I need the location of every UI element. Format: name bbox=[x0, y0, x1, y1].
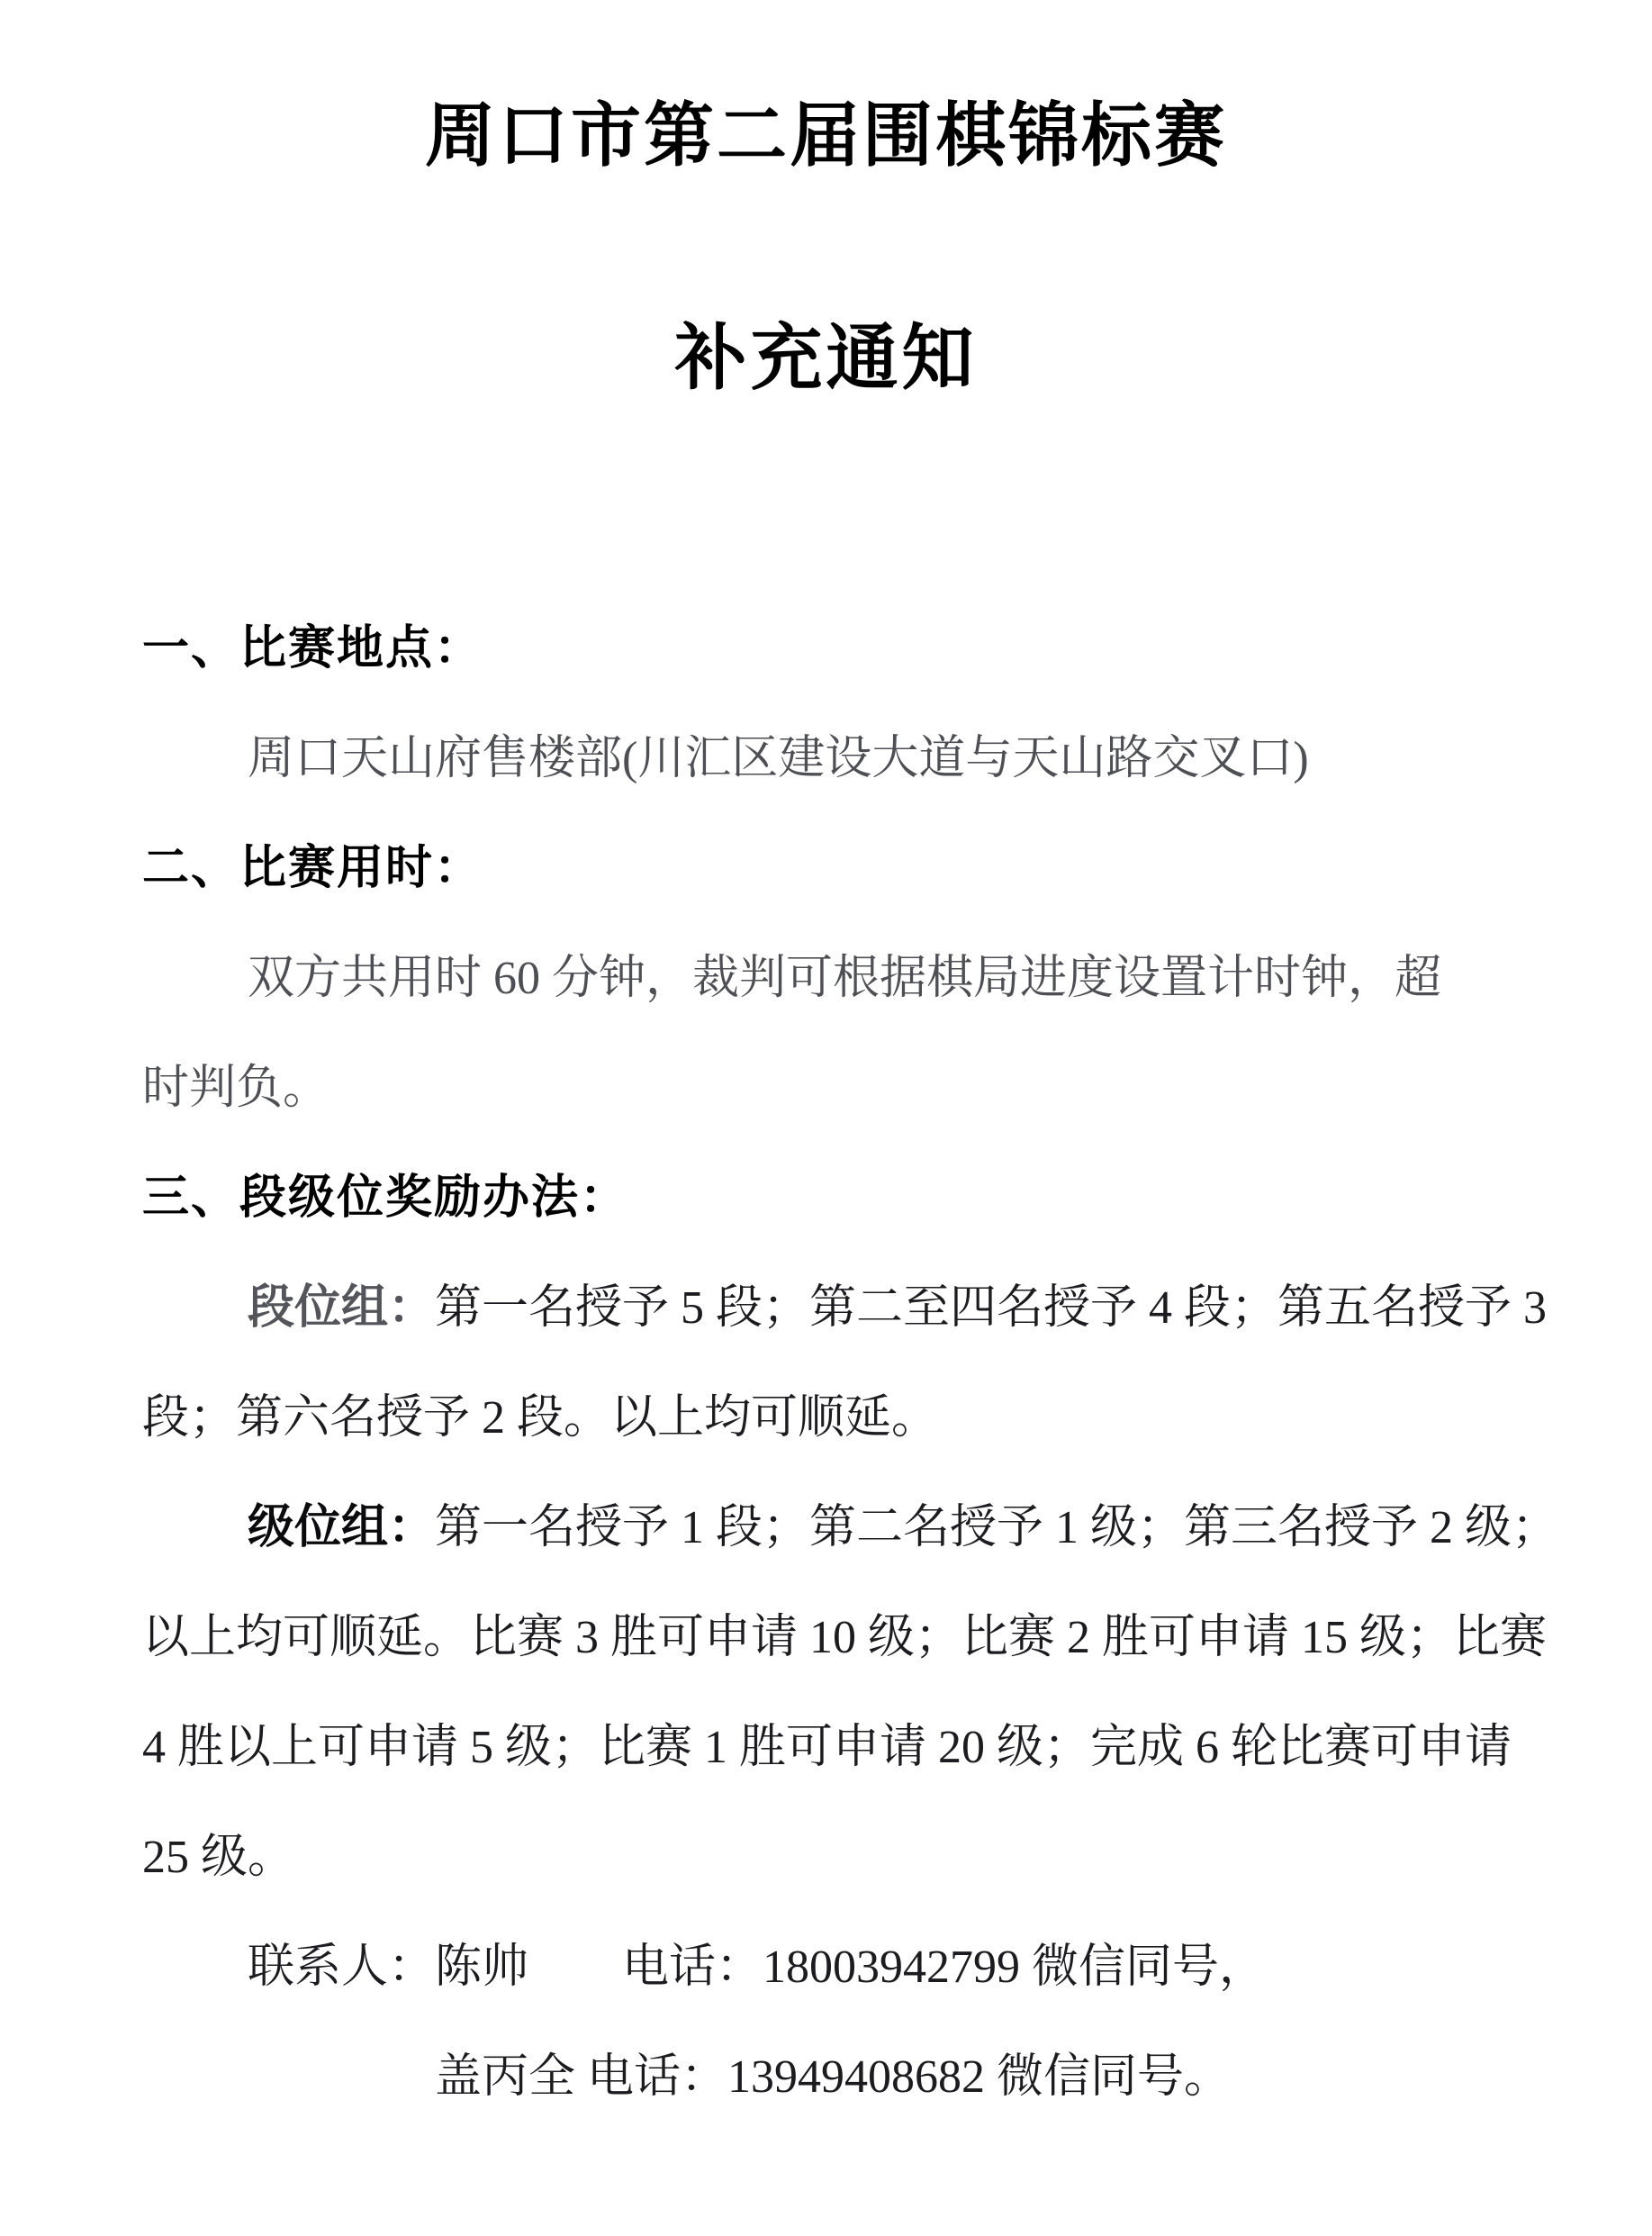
ji-group-line1-text: 第一名授予 1 段；第二名授予 1 级；第三名授予 2 级； bbox=[435, 1502, 1558, 1553]
duan-group-line1-text: 第一名授予 5 段；第二至四名授予 4 段；第五名授予 3 bbox=[435, 1282, 1547, 1334]
notice-document-page: 周口市第二届围棋锦标赛 补充通知 一、比赛地点： 周口天山府售楼部(川汇区建设大… bbox=[0, 0, 1652, 2236]
document-title-block: 周口市第二届围棋锦标赛 补充通知 bbox=[0, 0, 1652, 403]
section3-heading: 三、段级位奖励办法： bbox=[142, 1144, 1562, 1254]
section1-heading: 一、比赛地点： bbox=[142, 594, 1562, 704]
section3-ji-line1: 级位组：第一名授予 1 段；第二名授予 1 级；第三名授予 2 级； bbox=[142, 1473, 1562, 1583]
ji-group-label: 级位组： bbox=[248, 1502, 435, 1553]
section2-body-line1: 双方共用时 60 分钟，裁判可根据棋局进度设置计时钟，超 bbox=[142, 924, 1562, 1034]
document-title-line1: 周口市第二届围棋锦标赛 bbox=[0, 90, 1652, 180]
section3-duan-line1: 段位组：第一名授予 5 段；第二至四名授予 4 段；第五名授予 3 bbox=[142, 1254, 1562, 1363]
section2-body-line2: 时判负。 bbox=[142, 1034, 1562, 1144]
section3-ji-line2: 以上均可顺延。比赛 3 胜可申请 10 级；比赛 2 胜可申请 15 级；比赛 bbox=[142, 1583, 1562, 1693]
section3-ji-line4: 25 级。 bbox=[142, 1803, 1562, 1913]
section3-duan-line2: 段；第六名授予 2 段。以上均可顺延。 bbox=[142, 1363, 1562, 1473]
document-body: 一、比赛地点： 周口天山府售楼部(川汇区建设大道与天山路交叉口) 二、比赛用时：… bbox=[0, 594, 1652, 2132]
section2-heading: 二、比赛用时： bbox=[142, 814, 1562, 924]
contact-line1: 联系人：陈帅 电话：18003942799 微信同号， bbox=[142, 1913, 1562, 2023]
section1-body: 周口天山府售楼部(川汇区建设大道与天山路交叉口) bbox=[142, 704, 1562, 814]
section3-ji-line3: 4 胜以上可申请 5 级；比赛 1 胜可申请 20 级；完成 6 轮比赛可申请 bbox=[142, 1693, 1562, 1803]
contact-line2: 盖丙全 电话：13949408682 微信同号。 bbox=[142, 2023, 1562, 2132]
document-title-line2: 补充通知 bbox=[0, 313, 1652, 403]
duan-group-label: 段位组： bbox=[248, 1282, 435, 1334]
